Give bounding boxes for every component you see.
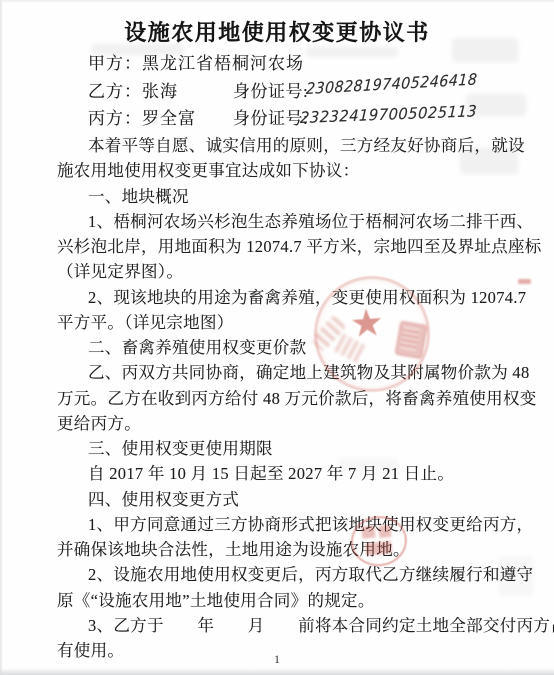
doc-line: 平方平。（详见宗地图） xyxy=(57,310,531,335)
doc-line: 乙、丙双方共同协商，确定地上建筑物及其附属物价款为 48 xyxy=(57,360,531,385)
doc-line: 3、乙方于 年 月 前将本合同约定土地全部交付丙方占 xyxy=(57,613,531,638)
doc-line: 原《“设施农用地”土地使用合同》的规定。 xyxy=(57,588,531,613)
id-number-label: 身份证号: xyxy=(233,78,308,106)
scan-edge xyxy=(0,0,3,675)
doc-line: 一、地块概况 xyxy=(57,184,531,209)
page-number: 1 xyxy=(0,652,554,667)
party-row-bingfang: 丙方：罗全富 身份证号: 232324197005025113 xyxy=(88,105,538,133)
seal-character-smudge xyxy=(361,526,375,539)
party-name: 张海 xyxy=(142,82,178,101)
id-number-label: 身份证号: xyxy=(233,105,308,133)
doc-line: （详见定界图）。 xyxy=(57,259,531,284)
doc-line: 2、现该地块的用途为畜禽养殖，变更使用权面积为 12074.7 xyxy=(57,285,531,310)
scan-edge xyxy=(0,0,554,3)
party-label: 甲方： xyxy=(88,54,142,73)
scanned-agreement-page: 设施农用地使用权变更协议书 甲方：黑龙江省梧桐河农场 乙方：张海 身份证号: 2… xyxy=(0,0,554,675)
party-label: 乙方： xyxy=(88,82,142,101)
red-ink-mark xyxy=(518,279,531,284)
scan-edge xyxy=(0,668,554,675)
doc-line: 并确保该地块合法性，土地用途为设施农用地。 xyxy=(57,537,531,562)
party-name: 黑龙江省梧桐河农场 xyxy=(142,54,304,73)
doc-line: 四、使用权变更方式 xyxy=(57,487,531,512)
seal-character-smudge xyxy=(378,525,391,538)
parties-block: 甲方：黑龙江省梧桐河农场 乙方：张海 身份证号: 230828197405246… xyxy=(88,50,538,133)
party-name: 罗全富 xyxy=(142,109,196,128)
handwritten-id-bingfang: 232324197005025113 xyxy=(299,98,477,132)
doc-line: 二、畜禽养殖使用权变更价款 xyxy=(57,335,531,360)
small-name-seal-stamp xyxy=(348,513,411,571)
round-official-seal-stamp: ★ xyxy=(305,267,439,401)
doc-line: 本着平等自愿、诚实信用的原则，三方经友好协商后，就设 xyxy=(57,133,531,158)
doc-line: 1、甲方同意通过三方协商形式把该地块使用权变更给丙方， xyxy=(57,512,531,537)
doc-line: 2、设施农用地使用权变更后，丙方取代乙方继续履行和遵守 xyxy=(57,562,531,587)
doc-line: 三、使用权变更使用期限 xyxy=(57,436,531,461)
doc-line: 兴杉泡北岸，用地面积为 12074.7 平方米，宗地四至及界址点座标 xyxy=(57,234,531,259)
doc-line: 自 2017 年 10 月 15 日起至 2027 年 7 月 21 日止。 xyxy=(57,461,531,486)
party-label: 丙方： xyxy=(88,109,142,128)
doc-line: 万元。乙方在收到丙方给付 48 万元价款后，将畜禽养殖使用权变 xyxy=(57,386,531,411)
doc-line: 更给丙方。 xyxy=(57,411,531,436)
agreement-body: 本着平等自愿、诚实信用的原则，三方经友好协商后，就设 施农用地使用权变更事宜达成… xyxy=(57,133,531,663)
doc-line: 1、梧桐河农场兴杉泡生态养殖场位于梧桐河农场二排干西、 xyxy=(57,209,531,234)
doc-line: 施农用地使用权变更事宜达成如下协议： xyxy=(57,158,531,183)
document-title: 设施农用地使用权变更协议书 xyxy=(0,16,554,47)
